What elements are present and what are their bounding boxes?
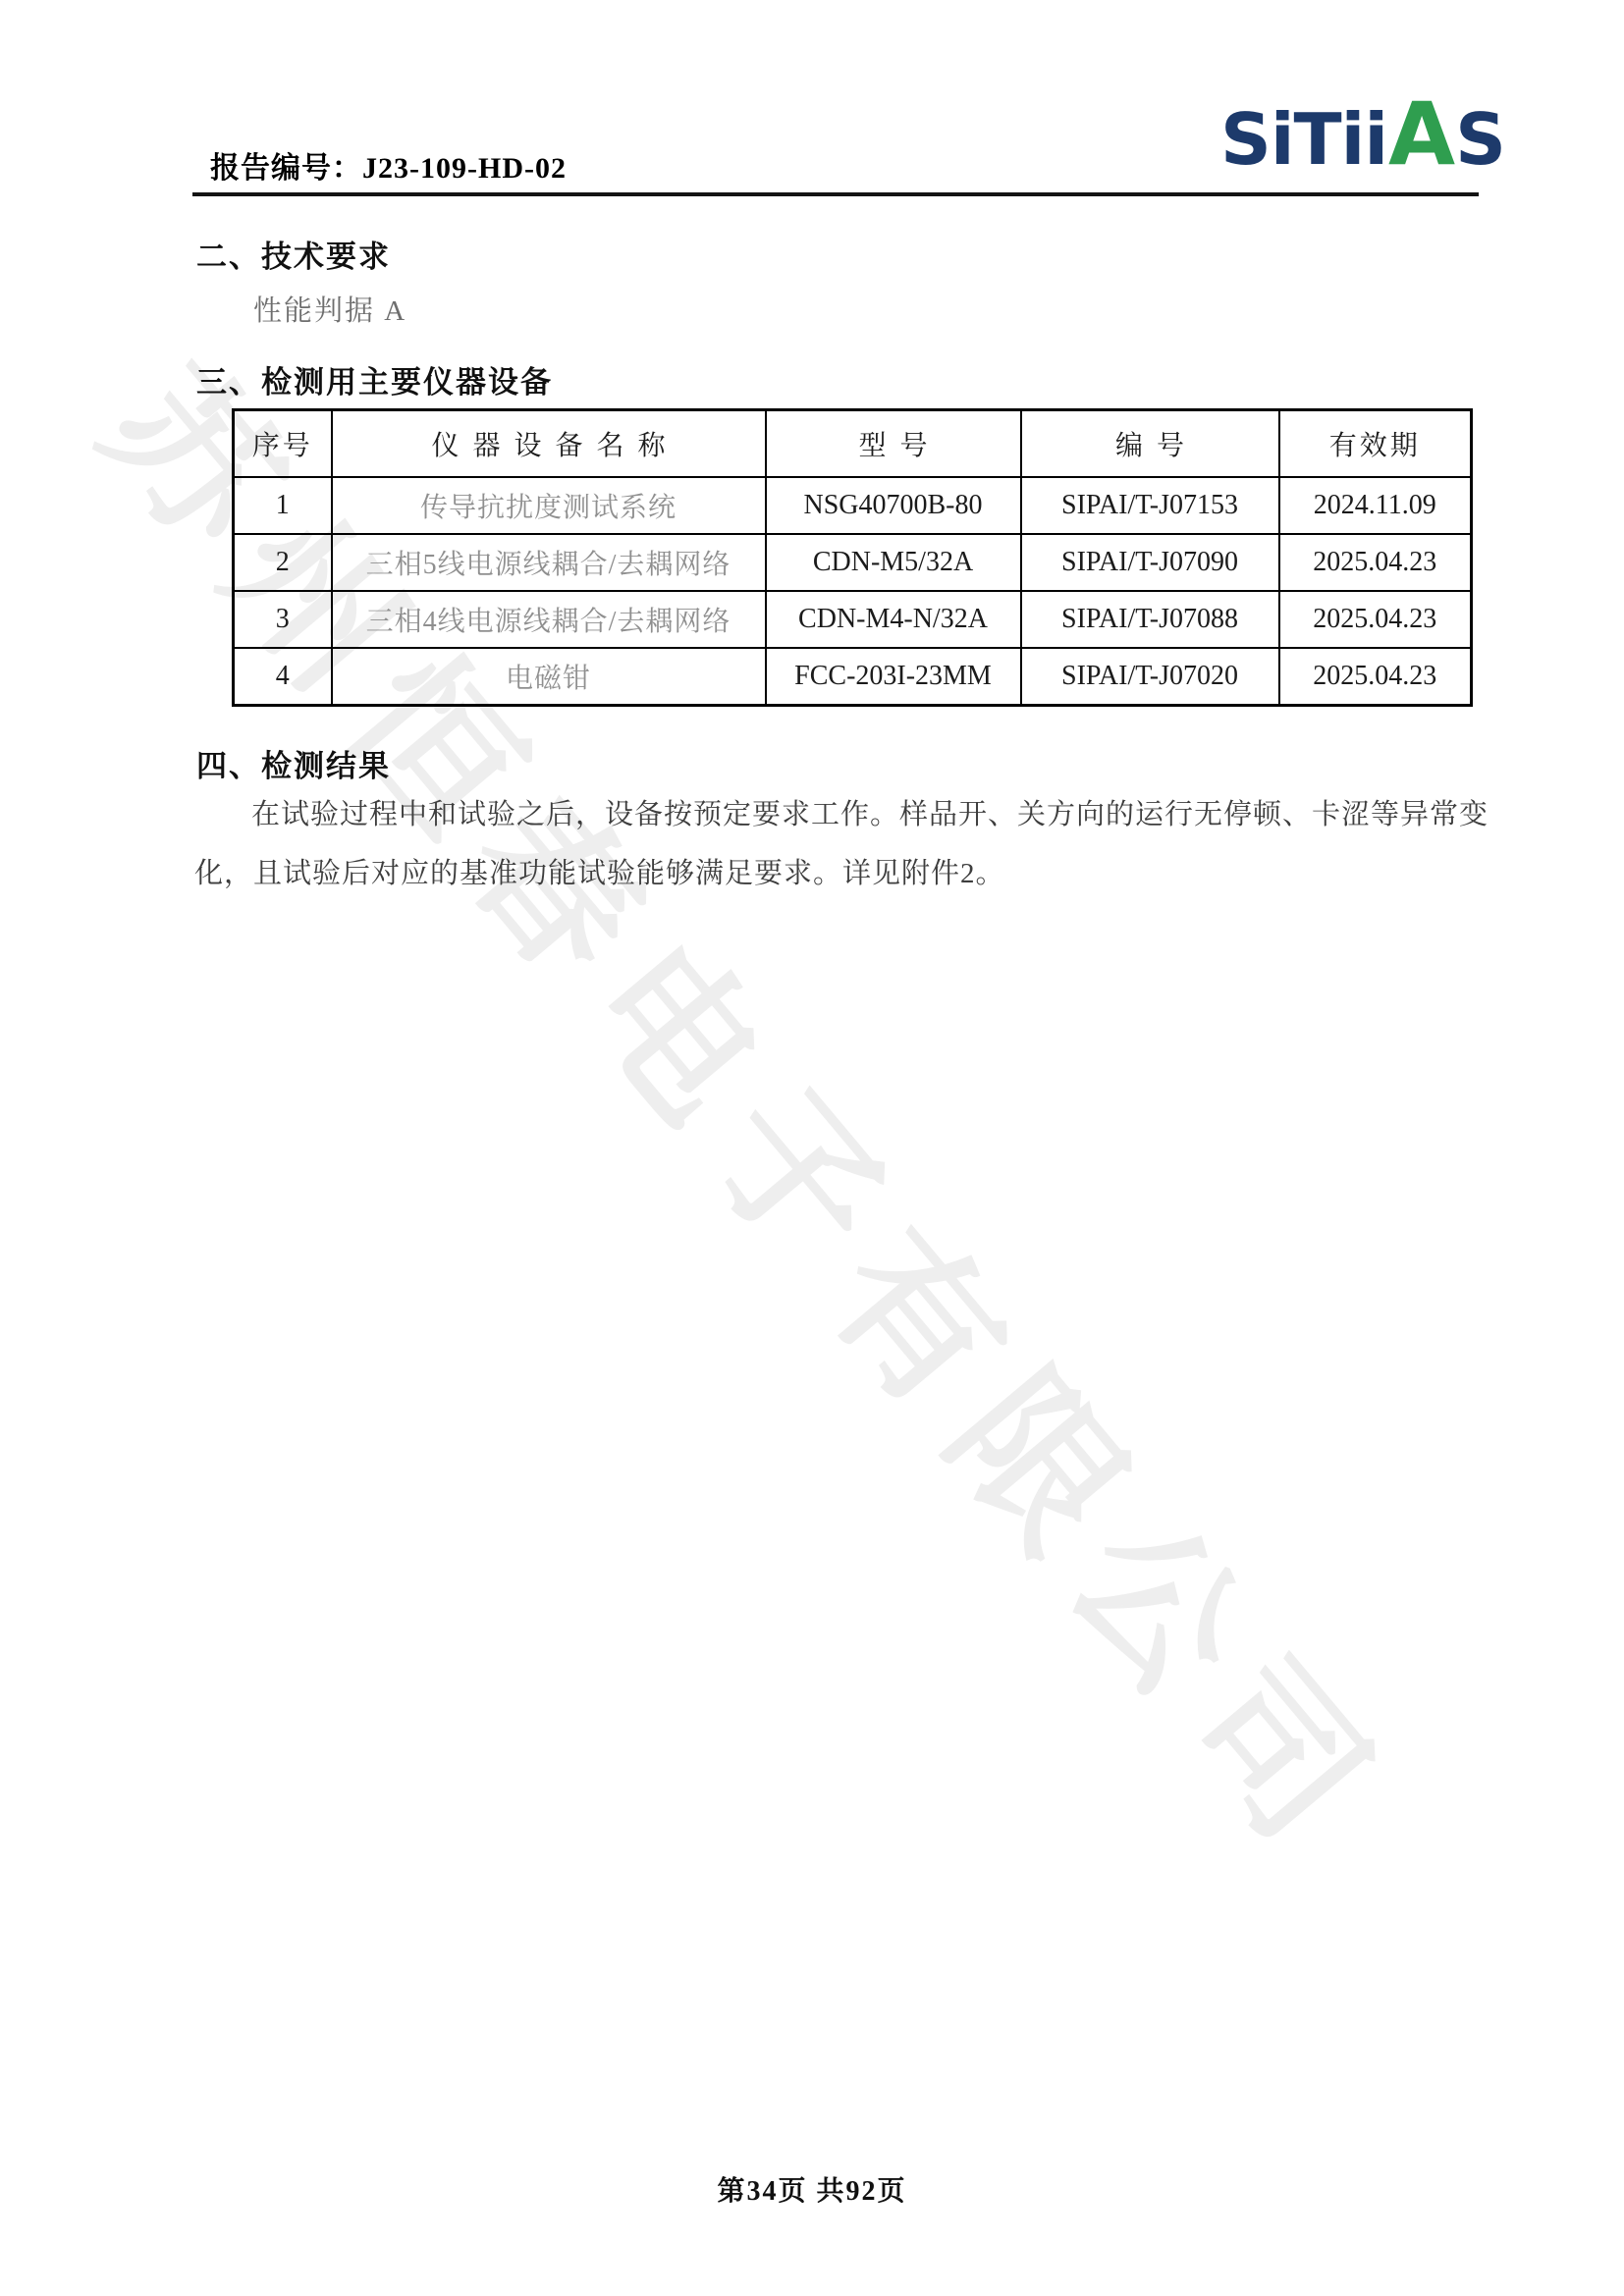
row-no: 3	[234, 591, 332, 648]
col-header-model: 型号	[766, 410, 1021, 478]
equipment-serial: SIPAI/T-J07088	[1021, 591, 1279, 648]
table-row: 3 三相4线电源线耦合/去耦网络 CDN-M4-N/32A SIPAI/T-J0…	[234, 591, 1472, 648]
equipment-serial: SIPAI/T-J07090	[1021, 534, 1279, 591]
equipment-name: 传导抗扰度测试系统	[332, 477, 766, 534]
row-no: 4	[234, 648, 332, 706]
equipment-name: 三相4线电源线耦合/去耦网络	[332, 591, 766, 648]
test-result-paragraph: 在试验过程中和试验之后，设备按预定要求工作。样品开、关方向的运行无停顿、卡涩等异…	[194, 785, 1489, 903]
equipment-validity: 2024.11.09	[1279, 477, 1472, 534]
row-no: 1	[234, 477, 332, 534]
equipment-validity: 2025.04.23	[1279, 534, 1472, 591]
equipment-serial: SIPAI/T-J07020	[1021, 648, 1279, 706]
section-title-technical-requirements: 二、技术要求	[196, 232, 391, 276]
table-row: 1 传导抗扰度测试系统 NSG40700B-80 SIPAI/T-J07153 …	[234, 477, 1472, 534]
equipment-validity: 2025.04.23	[1279, 648, 1472, 706]
col-header-validity: 有效期	[1279, 410, 1472, 478]
col-header-name: 仪器设备名称	[332, 410, 766, 478]
section-title-test-results: 四、检测结果	[196, 741, 391, 785]
page-footer: 第34页 共92页	[0, 2169, 1624, 2209]
equipment-table-header-row: 序号 仪器设备名称 型号 编号 有效期	[234, 410, 1472, 478]
table-row: 4 电磁钳 FCC-203I-23MM SIPAI/T-J07020 2025.…	[234, 648, 1472, 706]
equipment-model: CDN-M5/32A	[766, 534, 1021, 591]
equipment-serial: SIPAI/T-J07153	[1021, 477, 1279, 534]
col-header-serial: 编号	[1021, 410, 1279, 478]
page-number: 第34页 共92页	[717, 2176, 906, 2207]
logo-text-pre: SiTii	[1220, 98, 1387, 181]
report-number: 报告编号：J23-109-HD-02	[210, 143, 567, 187]
company-logo: SiTiiAS	[1220, 90, 1505, 179]
section-title-main-instruments: 三、检测用主要仪器设备	[196, 357, 553, 401]
equipment-table: 序号 仪器设备名称 型号 编号 有效期 1 传导抗扰度测试系统 NSG40700…	[232, 408, 1473, 707]
header-divider	[192, 192, 1479, 196]
row-no: 2	[234, 534, 332, 591]
logo-text-post: S	[1455, 98, 1505, 181]
equipment-name: 电磁钳	[332, 648, 766, 706]
report-page: 苏州恒春电子有限公司 报告编号：J23-109-HD-02 SiTiiAS 二、…	[0, 0, 1624, 2296]
equipment-validity: 2025.04.23	[1279, 591, 1472, 648]
equipment-model: NSG40700B-80	[766, 477, 1021, 534]
logo-letter-a: A	[1387, 83, 1455, 185]
table-row: 2 三相5线电源线耦合/去耦网络 CDN-M5/32A SIPAI/T-J070…	[234, 534, 1472, 591]
equipment-name: 三相5线电源线耦合/去耦网络	[332, 534, 766, 591]
performance-criterion-text: 性能判据 A	[253, 289, 406, 329]
equipment-model: CDN-M4-N/32A	[766, 591, 1021, 648]
col-header-no: 序号	[234, 410, 332, 478]
equipment-model: FCC-203I-23MM	[766, 648, 1021, 706]
